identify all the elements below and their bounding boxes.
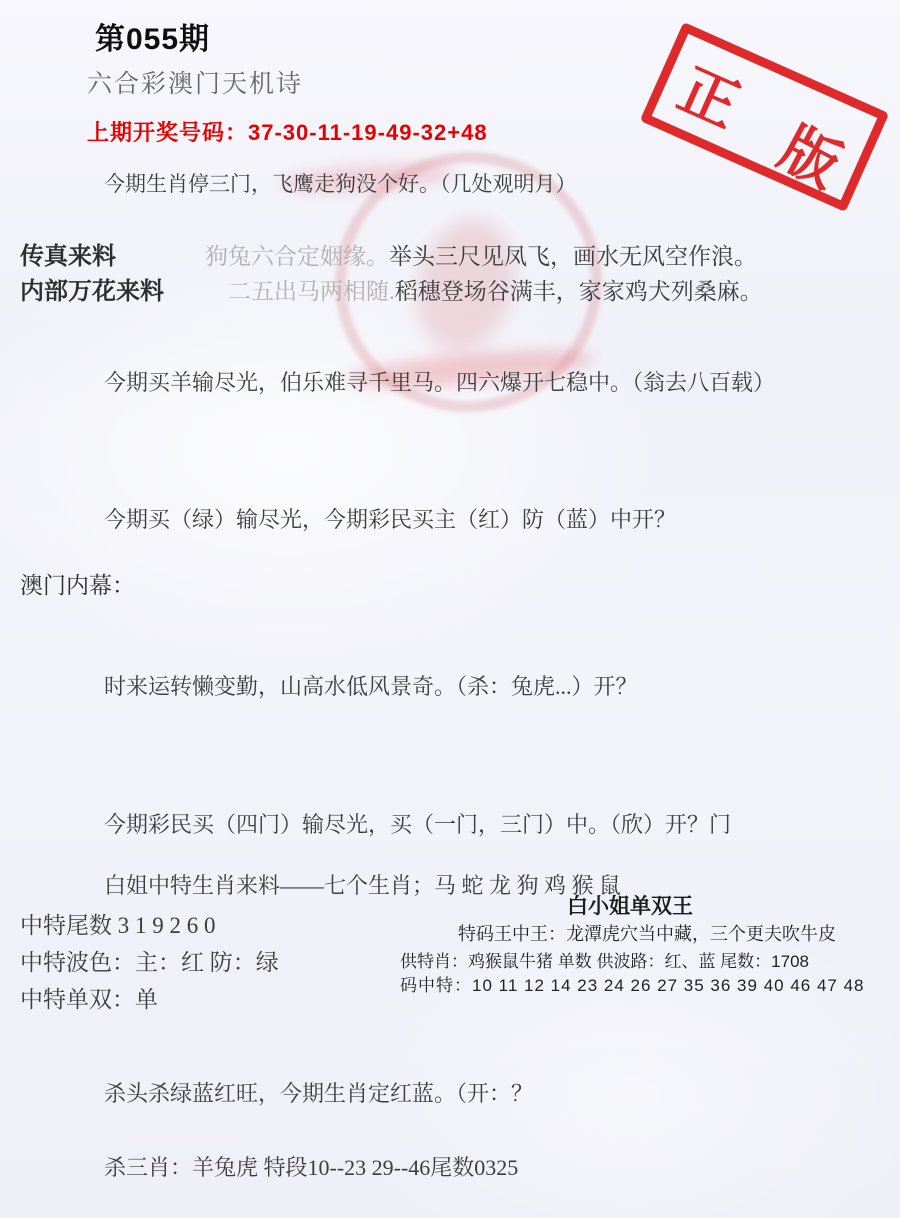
- internal-source-label: 内部万花来料: [20, 271, 164, 306]
- zodiac-poem-line: 今期生肖停三门，飞鹰走狗没个好。（几处观明月）: [104, 168, 577, 198]
- fax-source-label: 传真来料: [20, 236, 116, 271]
- page-subtitle: 六合彩澳门天机诗: [87, 64, 303, 100]
- internal-source-line: 二五出马两相随.稻穗登场谷满丰，家家鸡犬列桑麻。: [228, 273, 763, 306]
- stamp-char-zheng: 正: [667, 43, 754, 143]
- special-tail-digits: 中特尾数 3 1 9 2 6 0: [20, 907, 216, 940]
- authenticity-stamp: 正 版: [640, 22, 889, 212]
- fax-source-text: 举头三尺见凤飞，画水无风空作浪。: [389, 244, 757, 269]
- white-lady-title: 白小姐单双王: [400, 890, 860, 920]
- fax-source-faint-text: 狗兔六合定姻缘。: [205, 244, 389, 269]
- macau-insider-label: 澳门内幕：: [20, 567, 135, 600]
- tip-buy-green-line: 今期买（绿）输尽光，今期彩民买主（红）防（蓝）中开？: [104, 503, 676, 534]
- special-code-king-line: 特码王中王：龙潭虎穴当中藏，三个更夫吹牛皮: [458, 920, 836, 946]
- fax-source-line: 狗兔六合定姻缘。举头三尺见凤飞，画水无风空作浪。: [205, 238, 757, 271]
- tip-fortune-line: 时来运转懒变勤，山高水低风景奇。（杀：兔虎...）开？: [104, 670, 638, 701]
- supply-zodiac-line: 供特肖：鸡猴鼠牛猪 单数 供波路：红、蓝 尾数：1708: [400, 947, 809, 972]
- kill-head-line: 杀头杀绿蓝红旺，今期生肖定红蓝。（开：？: [104, 1077, 533, 1108]
- lottery-tip-sheet: 第055期 六合彩澳门天机诗 上期开奖号码：37-30-11-19-49-32+…: [0, 0, 900, 1218]
- internal-source-faint-text: 二五出马两相随.: [228, 279, 395, 304]
- internal-source-text: 稻穗登场谷满丰，家家鸡犬列桑麻。: [395, 279, 763, 304]
- last-draw-numbers: 上期开奖号码：37-30-11-19-49-32+48: [87, 116, 488, 147]
- tip-four-gates-line: 今期彩民买（四门）输尽光，买（一门，三门）中。（欣）开？门: [104, 808, 731, 839]
- special-odd-even: 中特单双：单: [20, 981, 158, 1014]
- issue-title: 第055期: [95, 14, 210, 58]
- special-wave-color: 中特波色：主：红 防：绿: [20, 944, 279, 977]
- code-numbers-line: 码中特：10 11 12 14 23 24 26 27 35 36 39 40 …: [400, 971, 865, 996]
- tip-buy-goat-line: 今期买羊输尽光，伯乐难寻千里马。四六爆开七稳中。（翁去八百载）: [104, 366, 775, 397]
- stamp-char-ban: 版: [767, 102, 858, 203]
- kill-three-zodiac-line: 杀三肖：羊兔虎 特段10--23 29--46尾数0325: [104, 1151, 518, 1182]
